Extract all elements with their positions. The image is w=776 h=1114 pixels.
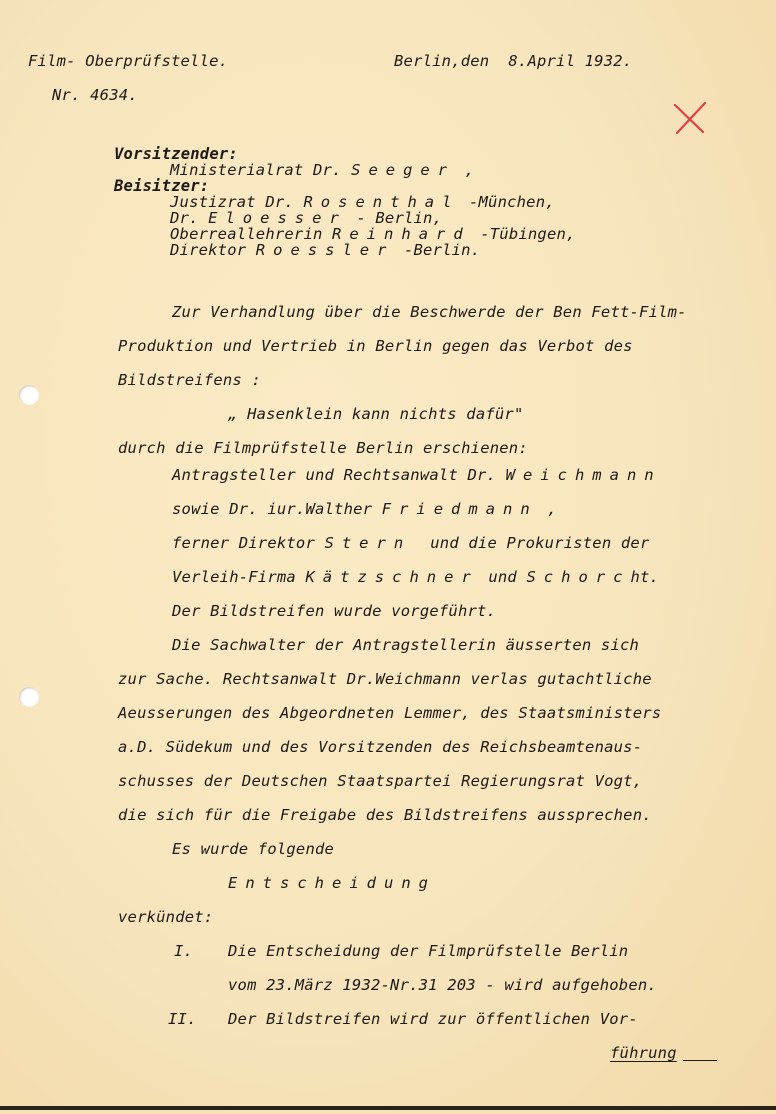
statement-line: Aeusserungen des Abgeordneten Lemmer, de… xyxy=(118,704,661,722)
ruling-line: Die Entscheidung der Filmprüfstelle Berl… xyxy=(228,942,628,960)
page-edge xyxy=(0,1106,776,1110)
announced-line: verkündet: xyxy=(118,908,213,926)
following-line: Es wurde folgende xyxy=(172,840,334,858)
catchword: führung xyxy=(610,1044,717,1062)
ruling-numeral: I. xyxy=(174,942,193,960)
intro-line: Produktion und Vertrieb in Berlin gegen … xyxy=(118,337,633,355)
assessor-entry: Direktor Roessler -Berlin. xyxy=(170,242,480,258)
statement-line: die sich für die Freigabe des Bildstreif… xyxy=(118,806,652,824)
firm-line: Verleih-Firma Kätzschner und Schorcht. xyxy=(172,568,659,586)
ruling-numeral: II. xyxy=(168,1010,197,1028)
chair-label: Vorsitzender: xyxy=(114,146,238,162)
attendee-line: ferner Direktor Stern und die Prokuriste… xyxy=(172,534,649,552)
chair-name: Seeger xyxy=(351,161,455,179)
authority-heading: Film- Oberprüfstelle. xyxy=(28,52,228,70)
statement-line: schusses der Deutschen Staatspartei Regi… xyxy=(118,772,642,790)
assessor-entry: Oberreallehrerin Reinhard -Tübingen, xyxy=(170,226,576,242)
ruling-line: vom 23.März 1932-Nr.31 203 - wird aufgeh… xyxy=(228,976,657,994)
chair-entry: Ministerialrat Dr. Seeger , xyxy=(170,162,474,178)
statement-line: a.D. Südekum und des Vorsitzenden des Re… xyxy=(118,738,642,756)
red-x-mark-icon xyxy=(672,100,708,136)
decision-heading: Entscheidung xyxy=(228,874,436,892)
ruling-line: Der Bildstreifen wird zur öffentlichen V… xyxy=(228,1010,638,1028)
assessors-label: Beisitzer: xyxy=(114,178,209,194)
assessor-entry: Dr. Eloesser - Berlin, xyxy=(170,210,442,226)
document-page: Film- Oberprüfstelle. Nr. 4634. Berlin,d… xyxy=(0,0,776,1110)
screened-line: Der Bildstreifen wurde vorgeführt. xyxy=(172,602,496,620)
attendee-line: Antragsteller und Rechtsanwalt Dr. Weich… xyxy=(172,466,662,484)
punch-hole-bottom xyxy=(19,687,39,707)
assessor-entry: Justizrat Dr. Rosenthal -München, xyxy=(170,194,555,210)
intro-line: Bildstreifens : xyxy=(118,371,261,389)
appeared-line: durch die Filmprüfstelle Berlin erschien… xyxy=(118,439,528,457)
intro-line: Zur Verhandlung über die Beschwerde der … xyxy=(172,303,687,321)
place-date: Berlin,den 8.April 1932. xyxy=(394,52,632,70)
attendee-line: sowie Dr. iur.Walther Friedmann , xyxy=(172,500,557,518)
statement-line: Die Sachwalter der Antragstellerin äusse… xyxy=(172,636,639,654)
statement-line: zur Sache. Rechtsanwalt Dr.Weichmann ver… xyxy=(118,670,652,688)
punch-hole-top xyxy=(19,385,39,405)
film-title: „ Hasenklein kann nichts dafür" xyxy=(228,405,524,423)
reference-number: Nr. 4634. xyxy=(52,86,138,104)
